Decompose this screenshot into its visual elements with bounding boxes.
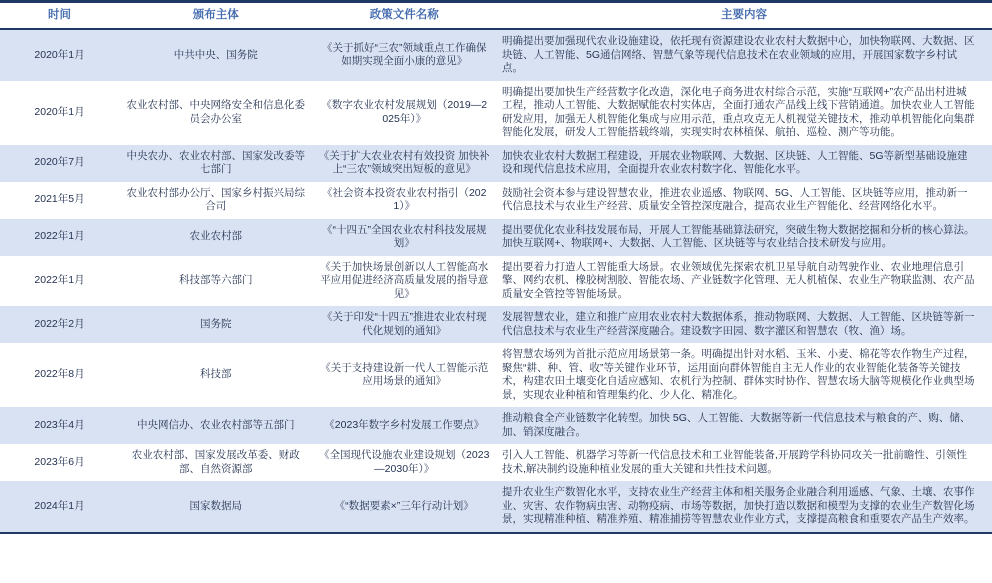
cell-time: 2024年1月 bbox=[0, 481, 119, 533]
header-row: 时间 颁布主体 政策文件名称 主要内容 bbox=[0, 2, 992, 30]
cell-issuer: 农业农村部 bbox=[119, 219, 312, 256]
cell-time: 2022年8月 bbox=[0, 343, 119, 407]
cell-content: 提出要着力打造人工智能重大场景。农业领域优先探索农机卫星导航自动驾驶作业、农业地… bbox=[496, 256, 992, 307]
cell-content: 引入人工智能、机器学习等新一代信息技术和工业智能装备,开展跨学科协同攻关一批前瞻… bbox=[496, 444, 992, 481]
table-row: 2022年2月 国务院 《关于印发“十四五”推进农业农村现代化规划的通知》 发展… bbox=[0, 306, 992, 343]
column-header-time: 时间 bbox=[0, 2, 119, 30]
cell-policy: 《关于印发“十四五”推进农业农村现代化规划的通知》 bbox=[312, 306, 496, 343]
table-row: 2022年1月 科技部等六部门 《关于加快场景创新以人工智能高水平应用促进经济高… bbox=[0, 256, 992, 307]
cell-time: 2020年7月 bbox=[0, 145, 119, 182]
cell-policy: 《“数据要素×”三年行动计划》 bbox=[312, 481, 496, 533]
cell-issuer: 农业农村部、国家发展改革委、财政部、自然资源部 bbox=[119, 444, 312, 481]
table-row: 2023年4月 中央网信办、农业农村部等五部门 《2023年数字乡村发展工作要点… bbox=[0, 407, 992, 444]
table-body: 2020年1月 中共中央、国务院 《关于抓好“三农”领域重点工作确保如期实现全面… bbox=[0, 29, 992, 533]
policy-table: 时间 颁布主体 政策文件名称 主要内容 2020年1月 中共中央、国务院 《关于… bbox=[0, 0, 992, 534]
cell-issuer: 中共中央、国务院 bbox=[119, 29, 312, 81]
cell-time: 2022年1月 bbox=[0, 219, 119, 256]
table-row: 2020年1月 农业农村部、中央网络安全和信息化委员会办公室 《数字农业农村发展… bbox=[0, 81, 992, 145]
cell-time: 2021年5月 bbox=[0, 182, 119, 219]
cell-issuer: 科技部等六部门 bbox=[119, 256, 312, 307]
table-row: 2020年7月 中央农办、农业农村部、国家发改委等七部门 《关于扩大农业农村有效… bbox=[0, 145, 992, 182]
cell-issuer: 国务院 bbox=[119, 306, 312, 343]
cell-issuer: 中央农办、农业农村部、国家发改委等七部门 bbox=[119, 145, 312, 182]
cell-issuer: 中央网信办、农业农村部等五部门 bbox=[119, 407, 312, 444]
column-header-policy: 政策文件名称 bbox=[312, 2, 496, 30]
cell-content: 加快农业农村大数据工程建设，开展农业物联网、大数据、区块链、人工智能、5G等新型… bbox=[496, 145, 992, 182]
cell-issuer: 农业农村部、中央网络安全和信息化委员会办公室 bbox=[119, 81, 312, 145]
cell-content: 明确提出要加快生产经营数字化改造，深化电子商务进农村综合示范，实施“互联网+”农… bbox=[496, 81, 992, 145]
column-header-content: 主要内容 bbox=[496, 2, 992, 30]
cell-content: 推动粮食全产业链数字化转型。加快 5G、人工智能、大数据等新一代信息技术与粮食的… bbox=[496, 407, 992, 444]
cell-time: 2022年1月 bbox=[0, 256, 119, 307]
cell-policy: 《关于抓好“三农”领域重点工作确保如期实现全面小康的意见》 bbox=[312, 29, 496, 81]
cell-policy: 《关于支持建设新一代人工智能示范应用场景的通知》 bbox=[312, 343, 496, 407]
column-header-issuer: 颁布主体 bbox=[119, 2, 312, 30]
cell-policy: 《2023年数字乡村发展工作要点》 bbox=[312, 407, 496, 444]
cell-content: 发展智慧农业，建立和推广应用农业农村大数据体系，推动物联网、大数据、人工智能、区… bbox=[496, 306, 992, 343]
cell-content: 鼓励社会资本参与建设智慧农业，推进农业遥感、物联网、5G、人工智能、区块链等应用… bbox=[496, 182, 992, 219]
cell-time: 2023年6月 bbox=[0, 444, 119, 481]
cell-policy: 《全国现代设施农业建设规划（2023—2030年）》 bbox=[312, 444, 496, 481]
cell-content: 明确提出要加强现代农业设施建设，依托现有资源建设农业农村大数据中心，加快物联网、… bbox=[496, 29, 992, 81]
table-header: 时间 颁布主体 政策文件名称 主要内容 bbox=[0, 2, 992, 30]
cell-content: 提升农业生产数智化水平，支持农业生产经营主体和相关服务企业融合利用遥感、气象、土… bbox=[496, 481, 992, 533]
cell-time: 2022年2月 bbox=[0, 306, 119, 343]
cell-issuer: 农业农村部办公厅、国家乡村振兴局综合司 bbox=[119, 182, 312, 219]
cell-content: 将智慧农场列为首批示范应用场景第一条。明确提出针对水稻、玉米、小麦、棉花等农作物… bbox=[496, 343, 992, 407]
table-row: 2021年5月 农业农村部办公厅、国家乡村振兴局综合司 《社会资本投资农业农村指… bbox=[0, 182, 992, 219]
cell-policy: 《“十四五”全国农业农村科技发展规划》 bbox=[312, 219, 496, 256]
cell-policy: 《关于扩大农业农村有效投资 加快补上“三农”领域突出短板的意见》 bbox=[312, 145, 496, 182]
cell-time: 2020年1月 bbox=[0, 81, 119, 145]
page: 时间 颁布主体 政策文件名称 主要内容 2020年1月 中共中央、国务院 《关于… bbox=[0, 0, 992, 583]
cell-policy: 《关于加快场景创新以人工智能高水平应用促进经济高质量发展的指导意见》 bbox=[312, 256, 496, 307]
cell-issuer: 国家数据局 bbox=[119, 481, 312, 533]
table-row: 2022年1月 农业农村部 《“十四五”全国农业农村科技发展规划》 提出要优化农… bbox=[0, 219, 992, 256]
cell-policy: 《数字农业农村发展规划（2019—2025年）》 bbox=[312, 81, 496, 145]
table-row: 2022年8月 科技部 《关于支持建设新一代人工智能示范应用场景的通知》 将智慧… bbox=[0, 343, 992, 407]
table-row: 2023年6月 农业农村部、国家发展改革委、财政部、自然资源部 《全国现代设施农… bbox=[0, 444, 992, 481]
cell-policy: 《社会资本投资农业农村指引（2021）》 bbox=[312, 182, 496, 219]
table-row: 2020年1月 中共中央、国务院 《关于抓好“三农”领域重点工作确保如期实现全面… bbox=[0, 29, 992, 81]
cell-time: 2020年1月 bbox=[0, 29, 119, 81]
table-row: 2024年1月 国家数据局 《“数据要素×”三年行动计划》 提升农业生产数智化水… bbox=[0, 481, 992, 533]
cell-issuer: 科技部 bbox=[119, 343, 312, 407]
cell-content: 提出要优化农业科技发展布局，开展人工智能基础算法研究，突破生物大数据挖掘和分析的… bbox=[496, 219, 992, 256]
cell-time: 2023年4月 bbox=[0, 407, 119, 444]
